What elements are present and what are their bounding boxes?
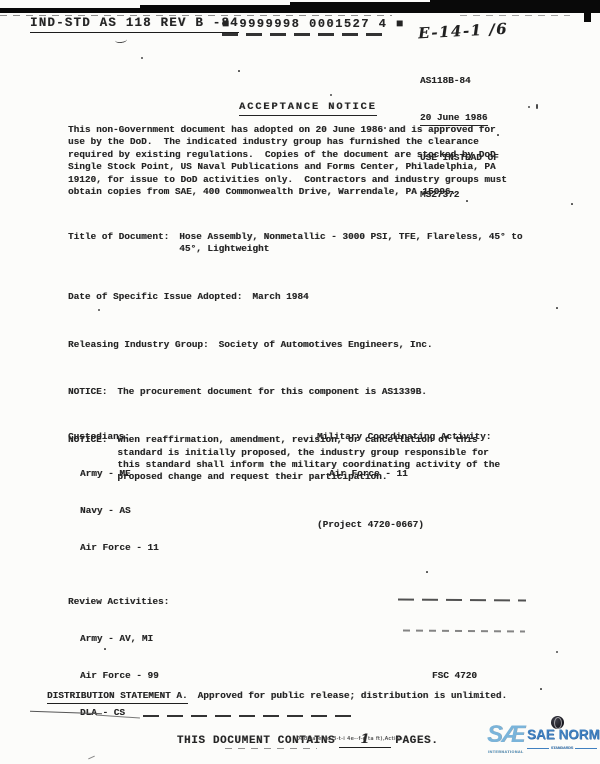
- handwritten-squiggle: [115, 36, 128, 43]
- review-activity-item: Army - AV, MI: [68, 633, 169, 645]
- field-row-date-adopted: Date of Specific Issue Adopted: March 19…: [68, 291, 578, 303]
- handwritten-note: E-14-1 /6: [418, 21, 509, 42]
- noise-dot: [540, 688, 542, 690]
- review-activities-heading: Review Activities:: [68, 596, 169, 608]
- noise-dot: [98, 309, 100, 311]
- standards-label: STANDARDS: [551, 746, 573, 750]
- military-coordinating-item: Air Force - 11: [317, 468, 491, 480]
- noise-dot: [330, 94, 332, 96]
- sae-logo: SÆ INTERNATIONAL SAE NORM STANDARDS: [487, 719, 599, 763]
- field-value: Society of Automotives Engineers, Inc.: [219, 339, 433, 351]
- standard-number: AS118B-84: [420, 75, 499, 87]
- globe-meridian: [554, 717, 562, 729]
- field-row-title-of-document: Title of Document: Hose Assembly, Nonmet…: [68, 231, 578, 256]
- distribution-text: Approved for public release; distributio…: [198, 690, 507, 702]
- review-activity-item: Air Force - 99: [68, 670, 169, 682]
- field-row-releasing-group: Releasing Industry Group: Society of Aut…: [68, 339, 578, 351]
- custodian-item: Navy - AS: [68, 505, 169, 517]
- globe-icon: [551, 716, 564, 729]
- noise-dot: [497, 134, 499, 136]
- military-coordinating-section: Military Coordinating Activity: Air Forc…: [317, 406, 491, 556]
- scan-artifact-line: [398, 599, 526, 602]
- sae-logo-international-label: INTERNATIONAL: [488, 750, 524, 754]
- field-label: Releasing Industry Group:: [68, 339, 209, 351]
- standards-label-row: STANDARDS: [527, 746, 597, 750]
- project-number: (Project 4720-0667): [317, 519, 491, 531]
- noise-dot: [466, 200, 468, 202]
- noise-dot: [536, 104, 538, 109]
- field-label: NOTICE:: [68, 386, 107, 398]
- fine-print: Dedicate ud-3-t-i 4e--f-e ta ft),Action: [296, 737, 403, 742]
- scan-artifact-line: [460, 15, 570, 16]
- document-id: IND-STD AS 118 REV B -84: [30, 16, 239, 33]
- noise-dot: [528, 106, 530, 108]
- noise-dot: [384, 127, 386, 129]
- scan-artifact-band: [584, 12, 591, 22]
- field-value: Hose Assembly, Nonmetallic - 3000 PSI, T…: [179, 231, 522, 256]
- distribution-statement: DISTRIBUTION STATEMENT A. Approved for p…: [47, 690, 507, 704]
- noise-dot: [556, 307, 558, 309]
- ocr-number: ■ 9999998 0001527 4 ■: [222, 17, 405, 31]
- field-label: Title of Document:: [68, 231, 169, 256]
- noise-dot: [141, 57, 143, 59]
- ocr-underline: [222, 33, 386, 36]
- body-paragraph: This non-Government document has adopted…: [68, 124, 538, 198]
- decorative-line: [527, 748, 549, 749]
- scan-artifact-band: [430, 0, 600, 13]
- scan-artifact-line: [403, 629, 525, 632]
- field-value: The procurement document for this compon…: [117, 386, 426, 398]
- scan-smudge: [88, 756, 95, 760]
- noise-dot: [238, 70, 240, 72]
- scan-artifact-line: [225, 748, 317, 749]
- page-title: ACCEPTANCE NOTICE: [239, 101, 377, 116]
- field-row-notice-procurement: NOTICE: The procurement document for thi…: [68, 386, 578, 398]
- document-page: IND-STD AS 118 REV B -84 ■ 9999998 00015…: [0, 0, 600, 764]
- military-coordinating-heading: Military Coordinating Activity:: [317, 431, 491, 443]
- noise-dot: [104, 648, 106, 650]
- noise-dot: [571, 203, 573, 205]
- decorative-line: [575, 748, 597, 749]
- sae-logo-mark: SÆ: [487, 723, 524, 747]
- sae-norm-wordmark: SAE NORM: [527, 728, 600, 742]
- noise-dot: [426, 571, 428, 573]
- field-label: Date of Specific Issue Adopted:: [68, 291, 242, 303]
- custodians-heading: Custodians:: [68, 431, 169, 443]
- footer-dashed-line: [143, 715, 355, 717]
- fsc-code: FSC 4720: [432, 670, 477, 682]
- custodian-item: Army - ME: [68, 468, 169, 480]
- distribution-label: DISTRIBUTION STATEMENT A.: [47, 690, 188, 704]
- field-value: March 1984: [252, 291, 308, 303]
- custodian-item: Air Force - 11: [68, 542, 169, 554]
- noise-dot: [556, 651, 558, 653]
